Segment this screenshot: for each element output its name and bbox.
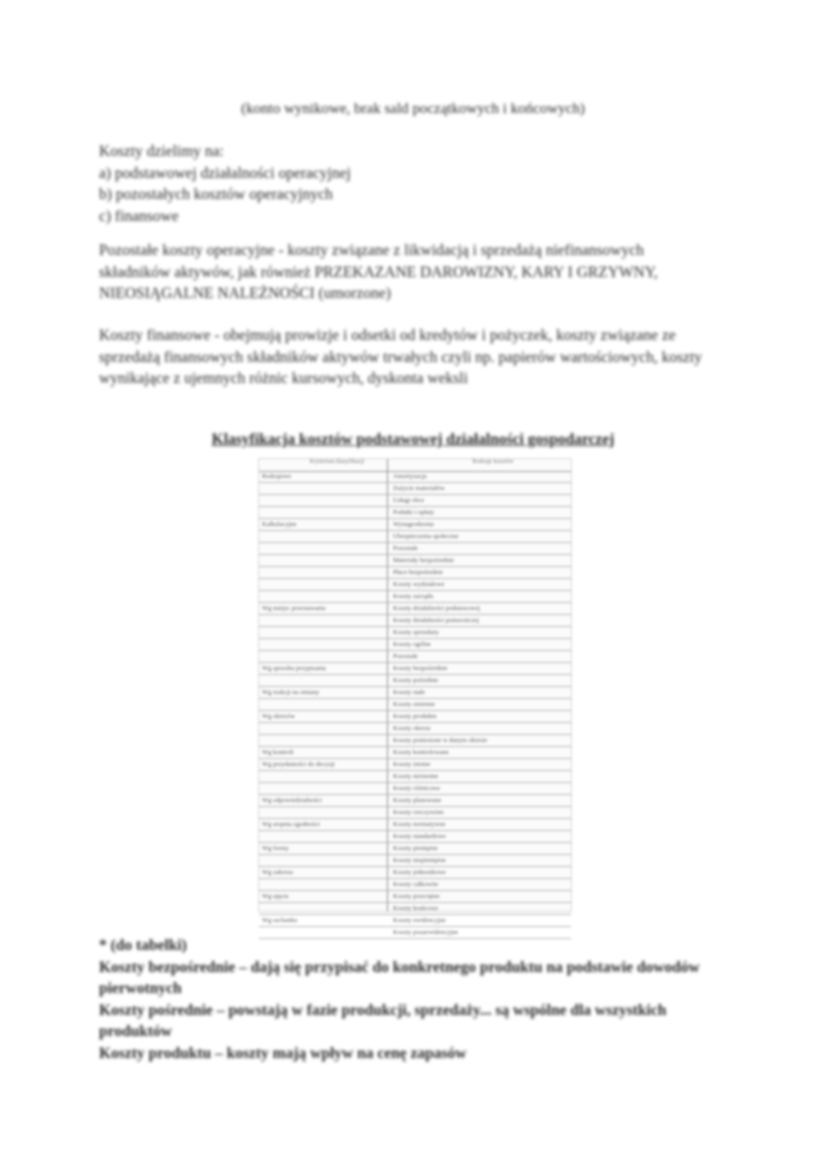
table-cell: Kalkulacyjne: [259, 519, 388, 530]
table-row: Materiały bezpośrednie: [259, 555, 571, 567]
table-cell: [507, 723, 571, 734]
table-cell: Koszty wydziałowe: [388, 579, 507, 590]
table-cell: [507, 603, 571, 614]
table-cell: [259, 567, 388, 578]
table-cell: Koszty bezpośrednie: [388, 663, 507, 674]
table-cell: [507, 867, 571, 878]
table-cell: [507, 699, 571, 710]
table-cell: [507, 495, 571, 506]
table-row: Ubezpieczenia społeczne: [259, 531, 571, 543]
table-cell: Koszty całkowite: [388, 879, 507, 890]
table-cell: Ubezpieczenia społeczne: [388, 531, 507, 542]
table-cell: [507, 711, 571, 722]
table-cell: [507, 555, 571, 566]
table-cell: [259, 543, 388, 554]
table-cell: [259, 879, 388, 890]
table-cell: [259, 723, 388, 734]
table-cell: [259, 531, 388, 542]
note-direct-costs: Koszty bezpośrednie – dają się przypisać…: [99, 957, 739, 1000]
table-cell: [259, 735, 388, 746]
table-notes: * (do tabelki) Koszty bezpośrednie – daj…: [99, 935, 739, 1064]
table-cell: [507, 627, 571, 638]
table-cell: Pozostałe: [388, 651, 507, 662]
table-row: Podatki i opłaty: [259, 507, 571, 519]
notes-label: * (do tabelki): [99, 935, 739, 957]
table-cell: [507, 543, 571, 554]
table-cell: [507, 915, 571, 926]
table-cell: [507, 783, 571, 794]
subtitle: (konto wynikowe, brak sald początkowych …: [0, 101, 826, 118]
table-row: Koszty standardowe: [259, 831, 571, 843]
table-cell: Podatki i opłaty: [388, 507, 507, 518]
table-cell: Koszty jednostkowe: [388, 867, 507, 878]
table-cell: Wg odpowiedzialności: [259, 795, 388, 806]
table-cell: Koszty standardowe: [388, 831, 507, 842]
table-row: Koszty różnicowe: [259, 783, 571, 795]
table-row: Wg formyKoszty pieniężne: [259, 843, 571, 855]
table-row: Wg przydatności do decyzjiKoszty istotne: [259, 759, 571, 771]
cost-division-item: a) podstawowej działalności operacyjnej: [99, 163, 739, 185]
table-cell: Pozostałe: [388, 543, 507, 554]
table-cell: Materiały bezpośrednie: [388, 555, 507, 566]
table-cell: Wg reakcji na zmiany: [259, 687, 388, 698]
table-row: Koszty zmienne: [259, 699, 571, 711]
table-row: Koszty rzeczywiste: [259, 807, 571, 819]
note-indirect-costs: Koszty pośrednie – powstają w fazie prod…: [99, 1000, 739, 1043]
table-cell: [507, 807, 571, 818]
table-cell: Koszty stałe: [388, 687, 507, 698]
table-row: Koszty wydziałowe: [259, 579, 571, 591]
table-cell: Wg przydatności do decyzji: [259, 759, 388, 770]
table-cell: Koszty działalności podstawowej: [388, 603, 507, 614]
table-cell: [259, 555, 388, 566]
table-row: RodzajoweAmortyzacja: [259, 471, 571, 483]
table-cell: [507, 675, 571, 686]
table-row: Koszty niepieniężne: [259, 855, 571, 867]
table-cell: Wg sposobu przypisania: [259, 663, 388, 674]
table-cell: Koszty normatywne: [388, 819, 507, 830]
table-cell: [259, 675, 388, 686]
table-cell: [507, 831, 571, 842]
table-row: Pozostałe: [259, 651, 571, 663]
table-row: Koszty pośrednie: [259, 675, 571, 687]
table-cell: Koszty działalności pomocniczej: [388, 615, 507, 626]
table-row: Wg odpowiedzialnościKoszty planowane: [259, 795, 571, 807]
table-cell: [507, 843, 571, 854]
table-cell: Koszty okresu: [388, 723, 507, 734]
table-heading: Klasyfikacja kosztów podstawowej działal…: [0, 431, 826, 449]
table-cell: [507, 879, 571, 890]
table-row: Koszty zarządu: [259, 591, 571, 603]
other-operating-costs-paragraph: Pozostałe koszty operacyjne - koszty zwi…: [99, 240, 719, 305]
table-cell: [259, 495, 388, 506]
table-cell: [507, 471, 571, 482]
table-row: Wg ujęciaKoszty przeciętne: [259, 891, 571, 903]
table-cell: Koszty zmienne: [388, 699, 507, 710]
table-cell: [507, 615, 571, 626]
table-cell: [259, 807, 388, 818]
table-cell: [259, 639, 388, 650]
table-cell: Koszty planowane: [388, 795, 507, 806]
table-cell: [507, 747, 571, 758]
table-cell: [507, 759, 571, 770]
table-row: KalkulacyjneWynagrodzenia: [259, 519, 571, 531]
cost-division-item: b) pozostałych kosztów operacyjnych: [99, 184, 739, 206]
table-cell: Rodzajowe: [259, 471, 388, 482]
table-row: Koszty krańcowe: [259, 903, 571, 915]
table-cell: Wg rachunku: [259, 915, 388, 926]
table-cell: [259, 627, 388, 638]
table-cell: [259, 783, 388, 794]
table-row: Wg kontroliKoszty kontrolowane: [259, 747, 571, 759]
table-cell: [507, 819, 571, 830]
table-cell: Koszty kontrolowane: [388, 747, 507, 758]
table-header-cell: Rodzaje kosztów: [415, 459, 571, 471]
table-cell: [259, 591, 388, 602]
table-cell: Koszty zarządu: [388, 591, 507, 602]
table-cell: Koszty sprzedaży: [388, 627, 507, 638]
table-header-cell: Kryterium klasyfikacji: [259, 459, 415, 471]
table-cell: [259, 579, 388, 590]
table-cell: [507, 663, 571, 674]
table-row: Wg miejsc powstawaniaKoszty działalności…: [259, 603, 571, 615]
table-cell: Wynagrodzenia: [388, 519, 507, 530]
table-cell: [507, 687, 571, 698]
cost-division-list: Koszty dzielimy na: a) podstawowej dział…: [99, 141, 739, 227]
table-cell: [259, 903, 388, 914]
table-row: Zużycie materiałów: [259, 483, 571, 495]
classification-table-image: Kryterium klasyfikacji Rodzaje kosztów R…: [258, 458, 572, 912]
table-row: Koszty całkowite: [259, 879, 571, 891]
cost-division-item: c) finansowe: [99, 206, 739, 228]
table-cell: Koszty produktu: [388, 711, 507, 722]
table-cell: [259, 771, 388, 782]
table-row: Koszty ogólne: [259, 639, 571, 651]
table-cell: [507, 855, 571, 866]
table-row: Wg sposobu przypisaniaKoszty bezpośredni…: [259, 663, 571, 675]
table-cell: Koszty istotne: [388, 759, 507, 770]
table-row: Usługi obce: [259, 495, 571, 507]
table-cell: Koszty różnicowe: [388, 783, 507, 794]
financial-costs-paragraph: Koszty finansowe - obejmują prowizje i o…: [99, 325, 724, 390]
cost-division-intro: Koszty dzielimy na:: [99, 141, 739, 163]
table-cell: Koszty krańcowe: [388, 903, 507, 914]
table-row: Koszty poniesione w danym okresie: [259, 735, 571, 747]
note-product-costs: Koszty produktu – koszty mają wpływ na c…: [99, 1043, 739, 1065]
table-row: Płace bezpośrednie: [259, 567, 571, 579]
table-cell: Wg kontroli: [259, 747, 388, 758]
table-row: Wg stopnia zgodnościKoszty normatywne: [259, 819, 571, 831]
table-cell: [259, 507, 388, 518]
table-cell: [507, 651, 571, 662]
table-cell: Wg ujęcia: [259, 891, 388, 902]
table-cell: [507, 531, 571, 542]
table-cell: Wg stopnia zgodności: [259, 819, 388, 830]
table-cell: [259, 831, 388, 842]
table-cell: [507, 891, 571, 902]
table-cell: [259, 651, 388, 662]
table-row: Wg reakcji na zmianyKoszty stałe: [259, 687, 571, 699]
table-cell: Koszty nieistotne: [388, 771, 507, 782]
table-cell: [259, 483, 388, 494]
table-cell: [507, 735, 571, 746]
table-cell: [507, 483, 571, 494]
table-cell: Wg okresów: [259, 711, 388, 722]
table-cell: Koszty pieniężne: [388, 843, 507, 854]
table-cell: Wg miejsc powstawania: [259, 603, 388, 614]
table-cell: Koszty poniesione w danym okresie: [388, 735, 507, 746]
table-cell: [507, 579, 571, 590]
table-cell: [507, 771, 571, 782]
table-cell: [507, 591, 571, 602]
table-cell: [507, 519, 571, 530]
table-cell: Koszty rzeczywiste: [388, 807, 507, 818]
table-rows: RodzajoweAmortyzacjaZużycie materiałówUs…: [259, 471, 571, 939]
table-cell: [507, 903, 571, 914]
table-row: Koszty sprzedaży: [259, 627, 571, 639]
table-cell: Zużycie materiałów: [388, 483, 507, 494]
table-row: Koszty działalności pomocniczej: [259, 615, 571, 627]
table-cell: [259, 699, 388, 710]
table-row: Wg okresówKoszty produktu: [259, 711, 571, 723]
table-cell: [259, 615, 388, 626]
table-cell: Koszty niepieniężne: [388, 855, 507, 866]
table-cell: [507, 795, 571, 806]
table-cell: Wg zakresu: [259, 867, 388, 878]
table-cell: Koszty ewidencyjne: [388, 915, 507, 926]
table-cell: [507, 567, 571, 578]
table-row: Koszty nieistotne: [259, 771, 571, 783]
table-row: Wg zakresuKoszty jednostkowe: [259, 867, 571, 879]
table-row: Koszty okresu: [259, 723, 571, 735]
table-cell: Koszty przeciętne: [388, 891, 507, 902]
table-cell: Wg formy: [259, 843, 388, 854]
table-cell: Koszty pośrednie: [388, 675, 507, 686]
table-row: Pozostałe: [259, 543, 571, 555]
table-cell: [507, 639, 571, 650]
table-cell: Płace bezpośrednie: [388, 567, 507, 578]
table-cell: [259, 855, 388, 866]
table-cell: [507, 507, 571, 518]
table-row: Wg rachunkuKoszty ewidencyjne: [259, 915, 571, 927]
table-cell: Amortyzacja: [388, 471, 507, 482]
table-cell: Usługi obce: [388, 495, 507, 506]
table-cell: Koszty ogólne: [388, 639, 507, 650]
